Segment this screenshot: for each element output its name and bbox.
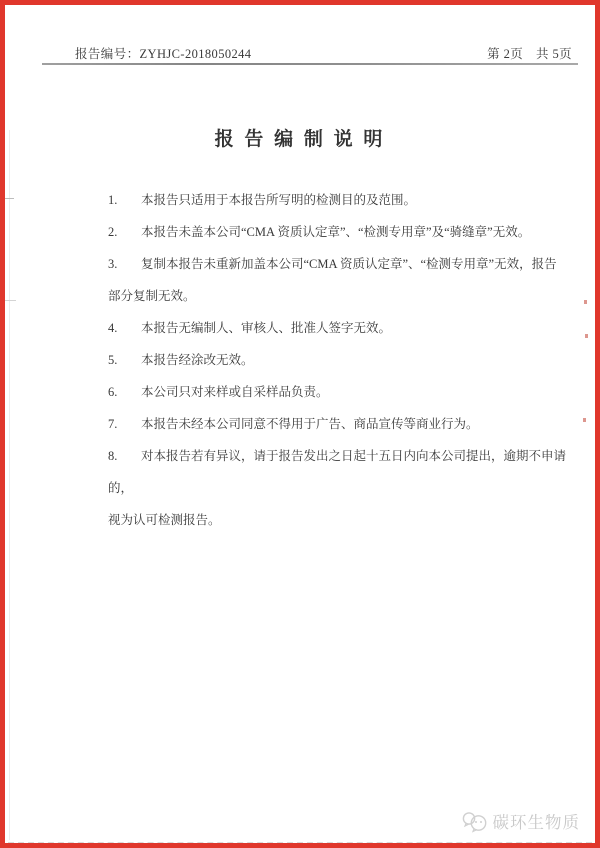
note-number: 3. xyxy=(108,248,141,280)
note-text: 本报告无编制人、审核人、批准人签字无效。 xyxy=(141,321,391,335)
notes-list: 1.本报告只适用于本报告所写明的检测目的及范围。 2.本报告未盖本公司“CMA … xyxy=(108,184,578,536)
note-text: 本报告经涂改无效。 xyxy=(141,353,254,367)
note-text: 本报告未经本公司同意不得用于广告、商品宣传等商业行为。 xyxy=(141,417,479,431)
watermark: 碳环生物质 xyxy=(461,809,581,833)
scanned-report-page: 报告编号：ZYHJC-2018050244 第 2页 共 5页 报 告 编 制 … xyxy=(0,0,600,848)
note-number: 2. xyxy=(108,216,141,248)
scan-red-speck xyxy=(585,334,588,338)
note-item: 8.对本报告若有异议，请于报告发出之日起十五日内向本公司提出，逾期不申请的， 视… xyxy=(108,440,578,536)
note-number: 6. xyxy=(108,376,141,408)
scan-red-speck xyxy=(583,418,586,422)
document-title: 报 告 编 制 说 明 xyxy=(0,124,600,151)
note-item: 6.本公司只对来样或自采样品负责。 xyxy=(108,376,578,408)
scan-bottom-edge-line xyxy=(8,842,592,844)
note-item: 5.本报告经涂改无效。 xyxy=(108,344,578,376)
note-item: 3.复制本报告未重新加盖本公司“CMA 资质认定章”、“检测专用章”无效，报告 … xyxy=(108,248,578,312)
note-number: 4. xyxy=(108,312,141,344)
scan-edge-line xyxy=(9,130,10,840)
note-text: 本报告未盖本公司“CMA 资质认定章”、“检测专用章”及“骑缝章”无效。 xyxy=(141,225,530,239)
report-number: 报告编号：ZYHJC-2018050244 xyxy=(75,44,251,62)
header-divider-line xyxy=(42,63,578,65)
note-number: 8. xyxy=(108,440,141,472)
scan-fold-mark xyxy=(0,198,14,199)
note-text: 本公司只对来样或自采样品负责。 xyxy=(141,385,329,399)
note-number: 7. xyxy=(108,408,141,440)
scan-red-speck xyxy=(584,300,587,304)
note-number: 5. xyxy=(108,344,141,376)
page-header: 报告编号：ZYHJC-2018050244 第 2页 共 5页 xyxy=(75,44,572,62)
note-item: 7.本报告未经本公司同意不得用于广告、商品宣传等商业行为。 xyxy=(108,408,578,440)
note-text: 对本报告若有异议，请于报告发出之日起十五日内向本公司提出，逾期不申请的， 视为认… xyxy=(108,449,566,527)
note-item: 2.本报告未盖本公司“CMA 资质认定章”、“检测专用章”及“骑缝章”无效。 xyxy=(108,216,578,248)
scan-fold-mark xyxy=(0,300,16,301)
page-indicator: 第 2页 共 5页 xyxy=(487,44,572,62)
note-item: 1.本报告只适用于本报告所写明的检测目的及范围。 xyxy=(108,184,578,216)
note-number: 1. xyxy=(108,184,141,216)
note-text: 复制本报告未重新加盖本公司“CMA 资质认定章”、“检测专用章”无效，报告 部分… xyxy=(108,257,557,303)
note-text: 本报告只适用于本报告所写明的检测目的及范围。 xyxy=(141,193,416,207)
note-item: 4.本报告无编制人、审核人、批准人签字无效。 xyxy=(108,312,578,344)
watermark-account-name: 碳环生物质 xyxy=(493,809,581,833)
wechat-logo-icon xyxy=(461,810,489,833)
